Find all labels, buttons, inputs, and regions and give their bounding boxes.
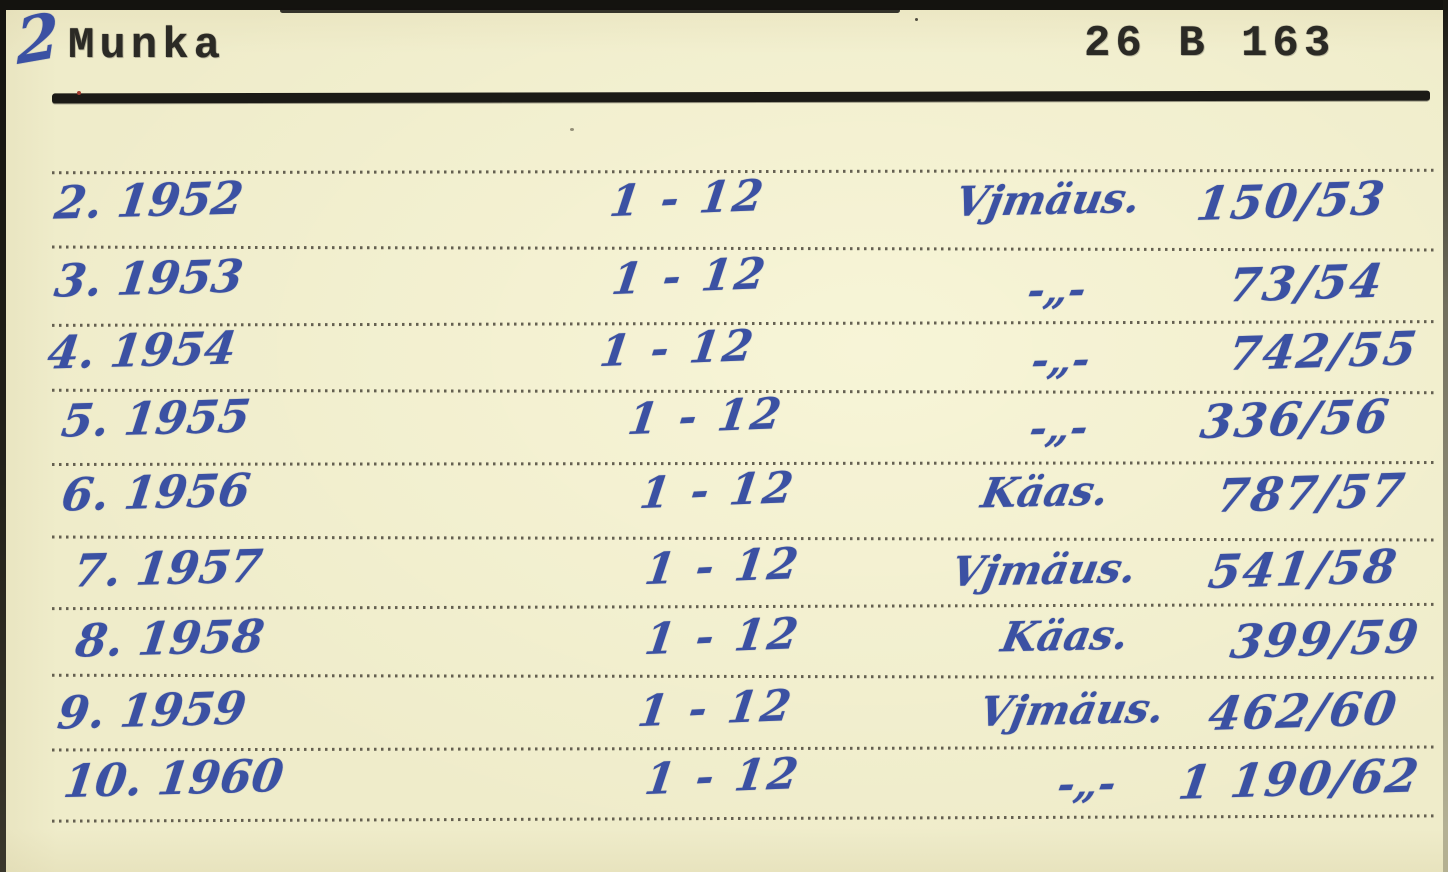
acquisition-source: Vjmäus. <box>952 178 1144 223</box>
issues-range: 1 - 12 <box>625 393 786 442</box>
issues-range: 1 - 12 <box>609 253 770 302</box>
ditto-mark: -„- <box>1028 339 1093 381</box>
holdings-row: 9. 1959 1 - 12 Vjmäus. 462/60 <box>0 688 1448 750</box>
ditto-mark: -„- <box>1024 269 1089 311</box>
acquisition-source: Vjmäus. <box>976 688 1168 733</box>
accession-number: 73/54 <box>1226 257 1387 308</box>
acquisition-source: Käas. <box>978 471 1112 515</box>
volume-year: 6. 1956 <box>59 467 253 517</box>
issues-range: 1 - 12 <box>607 175 768 224</box>
accession-number: 462/60 <box>1206 685 1401 737</box>
issues-range: 1 - 12 <box>642 543 803 592</box>
issues-range: 1 - 12 <box>642 753 803 802</box>
holdings-row: 5. 1955 1 - 12 -„- 336/56 <box>0 396 1448 458</box>
acquisition-source: Käas. <box>998 615 1132 659</box>
volume-year: 3. 1953 <box>52 253 246 303</box>
holdings-row: 4. 1954 1 - 12 -„- 742/55 <box>0 328 1448 390</box>
issues-range: 1 - 12 <box>597 325 758 374</box>
volume-year: 10. 1960 <box>61 753 286 804</box>
issues-range: 1 - 12 <box>635 685 796 734</box>
holdings-row: 6. 1956 1 - 12 Käas. 787/57 <box>0 470 1448 532</box>
accession-number: 742/55 <box>1226 325 1421 377</box>
accession-number: 787/57 <box>1214 467 1409 519</box>
acquisition-source: Vjmäus. <box>948 548 1140 593</box>
accession-number: 1 190/62 <box>1176 752 1423 806</box>
volume-year: 2. 1952 <box>52 175 246 225</box>
scan-speck <box>915 18 918 21</box>
volume-year: 8. 1958 <box>73 613 267 663</box>
accession-number: 336/56 <box>1198 393 1393 445</box>
volume-year: 4. 1954 <box>45 325 239 375</box>
issues-range: 1 - 12 <box>637 467 798 516</box>
accession-number: 150/53 <box>1194 175 1389 227</box>
holdings-list: 2. 1952 1 - 12 Vjmäus. 150/53 3. 1953 1 … <box>0 0 1448 872</box>
catalog-card: 2 Munka 26 B 163 2. 1952 1 - 12 Vjmäus. … <box>0 0 1448 872</box>
scan-speck <box>77 91 81 95</box>
holdings-row: 10. 1960 1 - 12 -„- 1 190/62 <box>0 756 1448 818</box>
volume-year: 5. 1955 <box>59 393 253 443</box>
holdings-row: 3. 1953 1 - 12 -„- 73/54 <box>0 256 1448 318</box>
volume-year: 7. 1957 <box>71 543 265 593</box>
accession-number: 541/58 <box>1206 543 1401 595</box>
volume-year: 9. 1959 <box>55 685 249 735</box>
accession-number: 399/59 <box>1228 613 1423 665</box>
ditto-mark: -„- <box>1054 763 1119 805</box>
holdings-row: 2. 1952 1 - 12 Vjmäus. 150/53 <box>0 178 1448 240</box>
issues-range: 1 - 12 <box>642 613 803 662</box>
holdings-row: 7. 1957 1 - 12 Vjmäus. 541/58 <box>0 546 1448 608</box>
scan-speck <box>570 128 574 131</box>
ditto-mark: -„- <box>1026 407 1091 449</box>
holdings-row: 8. 1958 1 - 12 Käas. 399/59 <box>0 616 1448 678</box>
